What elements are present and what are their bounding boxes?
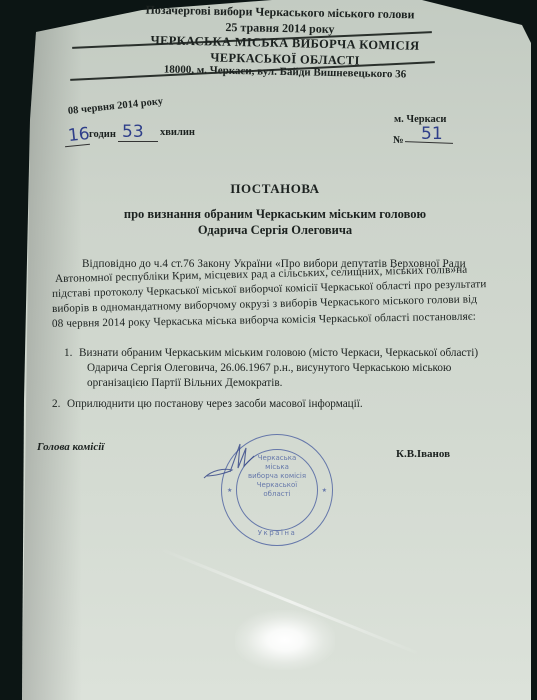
list-item-1: 1.Визнати обраним Черкаським міським гол…: [64, 347, 478, 359]
minutes-handwritten: 53: [122, 122, 144, 142]
handwritten-signature-icon: [202, 438, 262, 483]
signatory-name: К.В.Іванов: [396, 448, 450, 460]
star-icon: ★: [227, 487, 232, 494]
list-item-text: Одарича Сергія Олеговича, 26.06.1967 р.н…: [87, 362, 451, 374]
list-item-1-continued: організацією Партії Вільних Демократів.: [72, 377, 282, 389]
minutes-label: хвилин: [160, 127, 195, 138]
elected-person-name: Одарича Сергія Олеговича: [100, 223, 450, 238]
resolution-subtitle: про визнання обраним Черкаським міським …: [100, 207, 450, 222]
list-number: 1.: [64, 347, 79, 359]
star-icon: ★: [322, 487, 327, 494]
list-item-2: 2.Оприлюднити цю постанову через засоби …: [52, 398, 363, 410]
stamp-country: Україна: [222, 529, 332, 537]
list-item-text: організацією Партії Вільних Демократів.: [87, 377, 282, 389]
resolution-heading: ПОСТАНОВА: [100, 181, 450, 197]
signatory-role: Голова комісії: [37, 441, 104, 453]
list-number: 2.: [52, 398, 67, 410]
dark-background-edge: [531, 0, 537, 700]
stamp-line: області: [222, 490, 332, 499]
hours-label: годин: [89, 129, 116, 140]
number-handwritten: 51: [421, 124, 443, 144]
list-item-text: Оприлюднити цю постанову через засоби ма…: [67, 398, 363, 410]
hours-handwritten: 16: [67, 124, 91, 146]
list-item-text: Визнати обраним Черкаським міським голов…: [79, 347, 478, 359]
list-item-1-continued: Одарича Сергія Олеговича, 26.06.1967 р.н…: [72, 362, 451, 374]
number-label: №: [393, 135, 404, 146]
